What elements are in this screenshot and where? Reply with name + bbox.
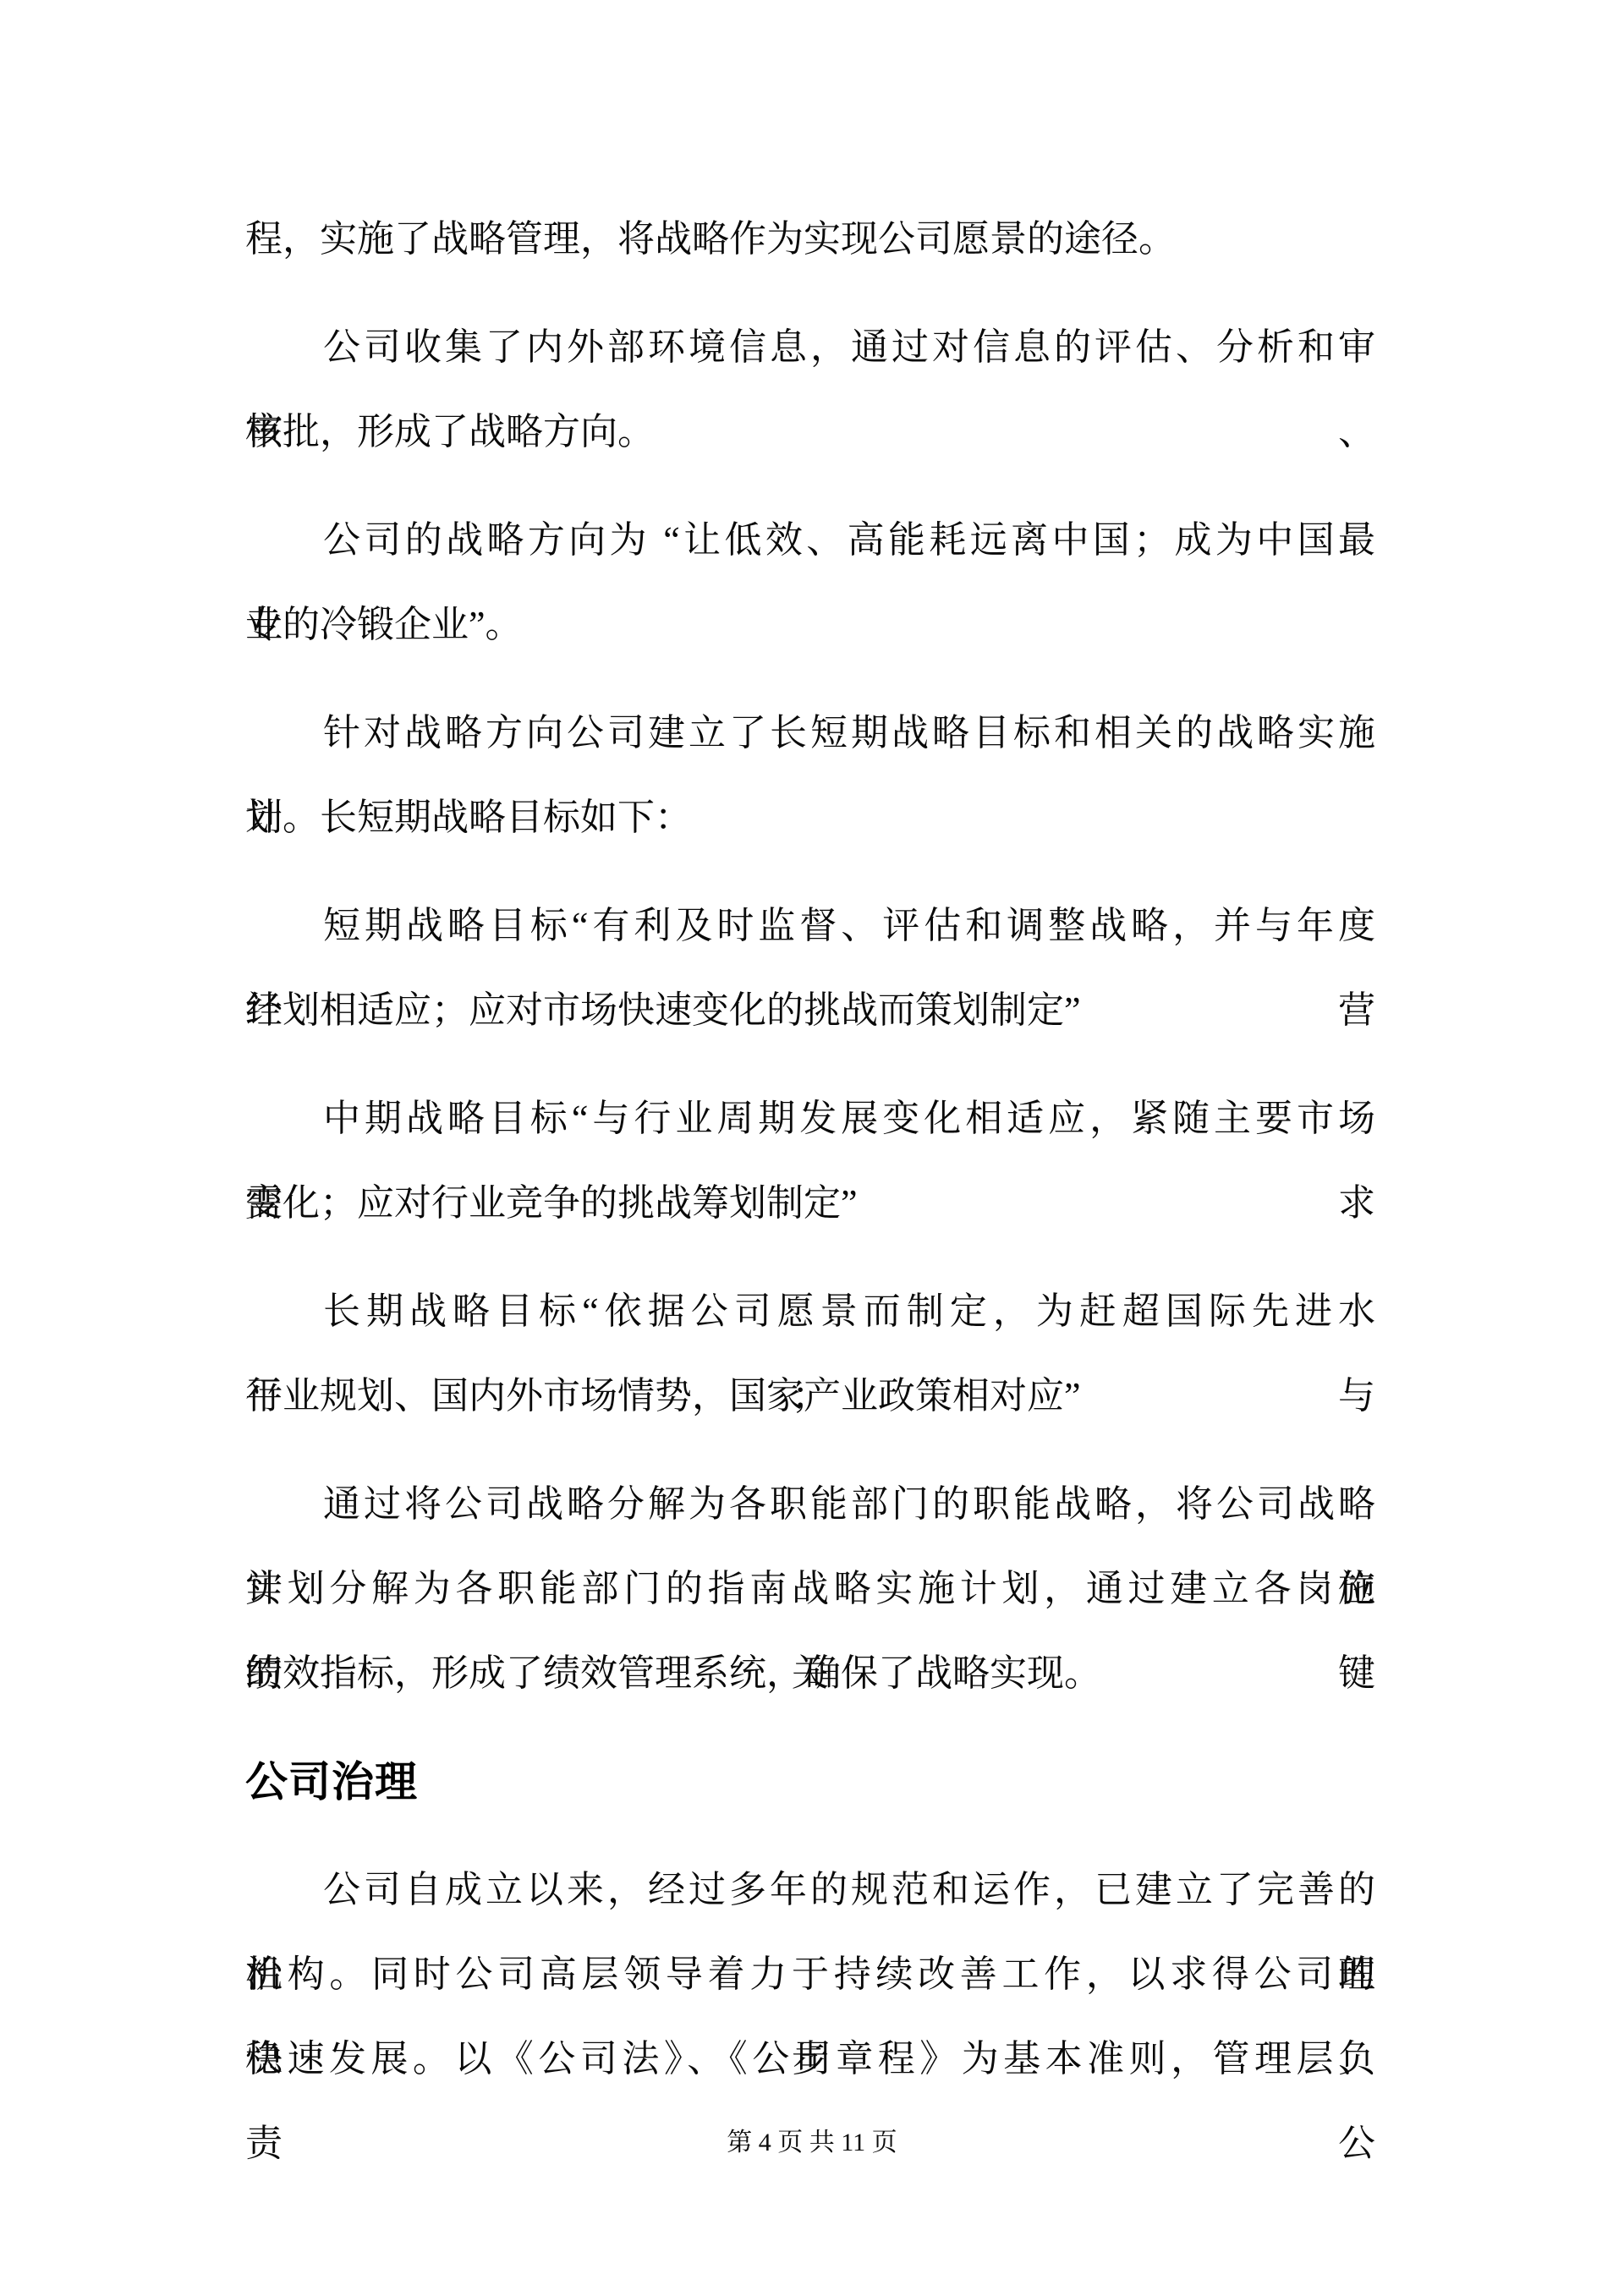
paragraph: 通过将公司战略分解为各职能部门的职能战略，将公司战略实施 计划分解为各职能部门的… <box>245 1462 1379 1716</box>
text-line: 快速发展。以《公司法》、《公司章程》为基本准则，管理层负责公 <box>245 2017 1379 2101</box>
paragraph: 公司收集了内外部环境信息，通过对信息的评估、分析和审核、 审批，形成了战略方向。 <box>245 305 1379 474</box>
section-heading: 公司治理 <box>245 1740 1379 1824</box>
text-line: 公司的战略方向为 “让低效、高能耗远离中国；成为中国最专 <box>245 498 1379 583</box>
paragraph: 程，实施了战略管理，将战略作为实现公司愿景的途径。 <box>245 197 1379 282</box>
paragraph: 公司的战略方向为 “让低效、高能耗远离中国；成为中国最专 业的冷锻企业”。 <box>245 498 1379 667</box>
paragraph: 针对战略方向公司建立了长短期战略目标和相关的战略实施计 划。长短期战略目标如下： <box>245 691 1379 860</box>
text-line: 程，实施了战略管理，将战略作为实现公司愿景的途径。 <box>245 197 1379 282</box>
text-line: 通过将公司战略分解为各职能部门的职能战略，将公司战略实施 <box>245 1462 1379 1547</box>
text-line: 长期战略目标“依据公司愿景而制定，为赶超国际先进水平；与 <box>245 1269 1379 1354</box>
paragraph: 公司自成立以来，经过多年的规范和运作，已建立了完善的治理 机构。同时公司高层领导… <box>245 1848 1379 2101</box>
text-line: 业的冷锻企业”。 <box>245 583 1379 667</box>
page: 程，实施了战略管理，将战略作为实现公司愿景的途径。 公司收集了内外部环境信息，通… <box>0 0 1624 2296</box>
paragraph: 中期战略目标“与行业周期发展变化相适应，紧随主要市场需求 变化；应对行业竞争的挑… <box>245 1077 1379 1246</box>
page-footer: 第 4 页 共 11 页 <box>0 2121 1624 2158</box>
text-line: 公司收集了内外部环境信息，通过对信息的评估、分析和审核、 <box>245 305 1379 390</box>
text-line: 公司自成立以来，经过多年的规范和运作，已建立了完善的治理 <box>245 1848 1379 1932</box>
text-line: 短期战略目标“有利及时监督、评估和调整战略，并与年度经营 <box>245 884 1379 968</box>
document-body: 程，实施了战略管理，将战略作为实现公司愿景的途径。 公司收集了内外部环境信息，通… <box>245 197 1379 2101</box>
paragraph: 长期战略目标“依据公司愿景而制定，为赶超国际先进水平；与 行业规划、国内外市场情… <box>245 1269 1379 1438</box>
page-number: 第 4 页 共 11 页 <box>727 2129 897 2156</box>
paragraph: 短期战略目标“有利及时监督、评估和调整战略，并与年度经营 计划相适应；应对市场快… <box>245 884 1379 1053</box>
text-line: 针对战略方向公司建立了长短期战略目标和相关的战略实施计 <box>245 691 1379 775</box>
text-line: 划。长短期战略目标如下： <box>245 775 1379 860</box>
text-line: 机构。同时公司高层领导着力于持续改善工作，以求得公司的稳步、 <box>245 1932 1379 2017</box>
text-line: 中期战略目标“与行业周期发展变化相适应，紧随主要市场需求 <box>245 1077 1379 1161</box>
text-line: 计划分解为各职能部门的指南战略实施计划，通过建立各岗位的关键 <box>245 1547 1379 1631</box>
